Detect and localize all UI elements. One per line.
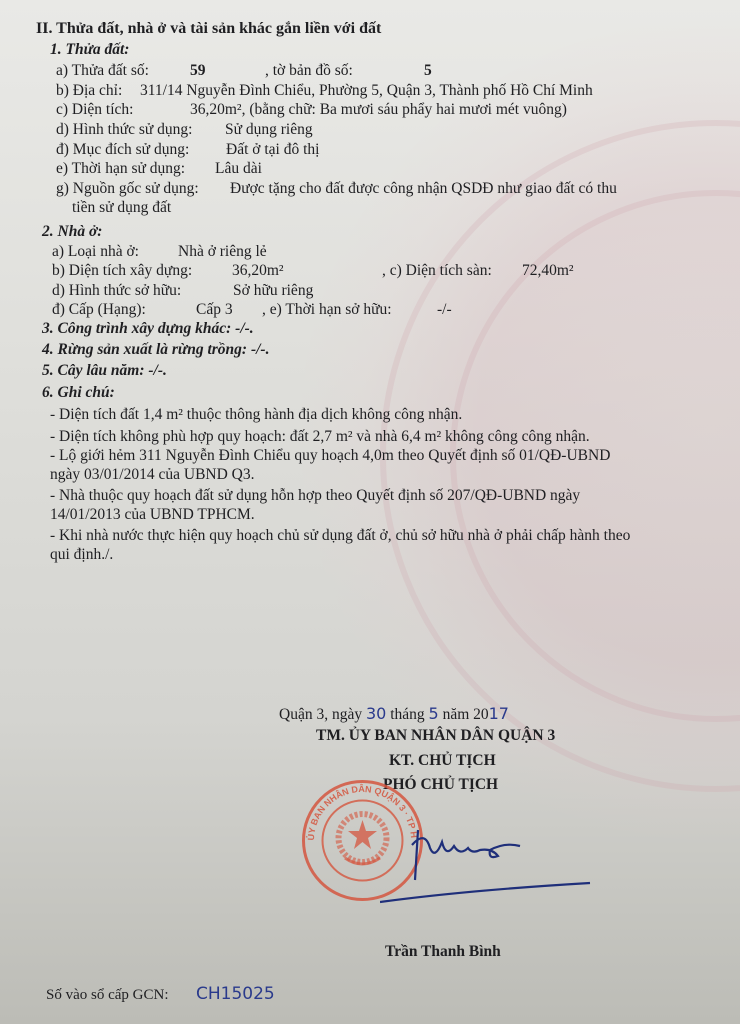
date-day: 30	[366, 704, 386, 723]
address-label: b) Địa chỉ:	[56, 82, 122, 100]
section-title: II. Thửa đất, nhà ở và tài sản khác gắn …	[36, 20, 381, 38]
note-line: - Diện tích không phù hợp quy hoạch: đất…	[50, 428, 590, 446]
date-month: 5	[429, 704, 439, 723]
purpose-label: đ) Mục đích sử dụng:	[56, 141, 189, 159]
note-line: 14/01/2013 của UBND TPHCM.	[50, 506, 255, 524]
note-line: - Diện tích đất 1,4 m² thuộc thông hành …	[50, 406, 462, 424]
other-construction: 3. Công trình xây dựng khác: -/-.	[42, 320, 254, 338]
ownership-label: d) Hình thức sở hữu:	[52, 282, 181, 300]
note-line: - Lộ giới hẻm 311 Nguyễn Đình Chiểu quy …	[50, 447, 610, 465]
grade-label: đ) Cấp (Hạng):	[52, 301, 146, 319]
own-term-value: -/-	[437, 301, 452, 319]
own-term-label: , e) Thời hạn sở hữu:	[262, 301, 392, 319]
origin-label: g) Nguồn gốc sử dụng:	[56, 180, 199, 198]
origin-value: Được tặng cho đất được công nhận QSDĐ nh…	[230, 180, 617, 198]
floor-area-value: 72,40m²	[522, 262, 574, 280]
issue-date: Quận 3, ngày 30 tháng 5 năm 2017	[279, 705, 509, 724]
ownership-value: Sở hữu riêng	[233, 282, 313, 300]
house-heading: 2. Nhà ở:	[42, 223, 102, 241]
area-label: c) Diện tích:	[56, 101, 133, 119]
address-value: 311/14 Nguyễn Đình Chiểu, Phường 5, Quận…	[140, 82, 593, 100]
map-label: , tờ bản đồ số:	[265, 62, 353, 80]
map-number: 5	[424, 62, 432, 80]
origin-value-cont: tiền sử dụng đất	[72, 199, 171, 217]
certificate-register-label: Số vào sổ cấp GCN:	[46, 986, 169, 1004]
certificate-page: II. Thửa đất, nhà ở và tài sản khác gắn …	[0, 0, 740, 1024]
issuing-authority: TM. ỦY BAN NHÂN DÂN QUẬN 3	[316, 727, 555, 745]
floor-area-label: , c) Diện tích sàn:	[382, 262, 492, 280]
land-heading: 1. Thửa đất:	[50, 41, 129, 59]
note-line: - Nhà thuộc quy hoạch đất sử dụng hỗn hợ…	[50, 487, 580, 505]
term-value: Lâu dài	[215, 160, 262, 178]
date-year-suffix: 17	[489, 704, 509, 723]
house-type-label: a) Loại nhà ở:	[52, 243, 139, 261]
grade-value: Cấp 3	[196, 301, 233, 319]
house-type-value: Nhà ở riêng lẻ	[178, 243, 267, 261]
use-form-value: Sử dụng riêng	[225, 121, 313, 139]
term-label: e) Thời hạn sử dụng:	[56, 160, 185, 178]
build-area-value: 36,20m²	[232, 262, 284, 280]
build-area-label: b) Diện tích xây dựng:	[52, 262, 192, 280]
area-value: 36,20m², (bằng chữ: Ba mươi sáu phẩy hai…	[190, 101, 567, 119]
note-line: ngày 03/01/2014 của UBND Q3.	[50, 466, 255, 484]
parcel-number: 59	[190, 62, 206, 80]
perennial-trees: 5. Cây lâu năm: -/-.	[42, 362, 167, 380]
purpose-value: Đất ở tại đô thị	[226, 141, 319, 159]
notes-heading: 6. Ghi chú:	[42, 384, 115, 402]
note-line: qui định./.	[50, 546, 113, 564]
signer-title-1: KT. CHỦ TỊCH	[389, 752, 496, 770]
use-form-label: d) Hình thức sử dụng:	[56, 121, 193, 139]
production-forest: 4. Rừng sản xuất là rừng trồng: -/-.	[42, 341, 269, 359]
certificate-register-number: CH15025	[196, 985, 275, 1003]
note-line: - Khi nhà nước thực hiện quy hoạch chủ s…	[50, 527, 630, 545]
signer-name: Trần Thanh Bình	[385, 943, 501, 961]
handwritten-signature	[380, 820, 600, 910]
parcel-label: a) Thửa đất số:	[56, 62, 149, 80]
